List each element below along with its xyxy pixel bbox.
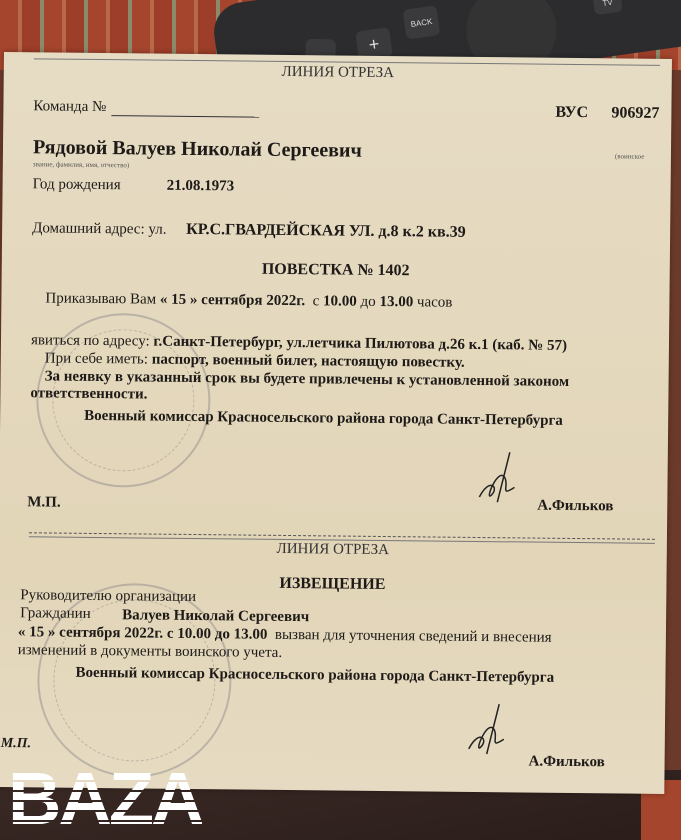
summons-paper: ЛИНИЯ ОТРЕЗА Команда № ВУС 906927 Рядово… — [0, 52, 672, 794]
vus-label: ВУС — [555, 104, 588, 122]
team-number-blank — [111, 115, 259, 118]
appear-address: г.Санкт-Петербург, ул.летчика Пилютова д… — [153, 334, 567, 354]
order-date: « 15 » сентября 2022г. — [160, 292, 305, 310]
appear-label: явиться по адресу: — [31, 332, 150, 349]
home-address: КР.С.ГВАРДЕЙСКАЯ УЛ. д.8 к.2 кв.39 — [186, 221, 466, 242]
notice-datetime: « 15 » сентября 2022г. с 10.00 до 13.00 — [18, 624, 268, 643]
time-from-label: с — [313, 293, 320, 309]
notice-recipient-label: Руководителю организации — [20, 587, 196, 606]
recipient-rank-name: Рядовой Валуев Николай Сергеевич — [33, 136, 362, 162]
side-caption: (воинское — [615, 152, 645, 160]
remote-tv-button: TV — [592, 0, 623, 15]
birth-label: Год рождения — [33, 176, 121, 194]
warning-line-2: ответственности. — [30, 385, 147, 403]
address-label: Домашний адрес: ул. — [32, 220, 167, 238]
baza-logo: BAZA — [8, 762, 202, 836]
rank-name-caption: звание, фамилия, имя, отчество) — [33, 160, 129, 169]
bring-label: При себе иметь: — [45, 350, 148, 367]
time-from: 10.00 — [323, 293, 357, 309]
team-label: Команда № — [33, 98, 106, 116]
bring-items: паспорт, военный билет, настоящую повест… — [152, 352, 465, 371]
seal-label: М.П. — [27, 494, 61, 511]
hours-label: часов — [417, 294, 453, 310]
order-prefix: Приказываю Вам — [45, 290, 156, 307]
notice-purpose-2: изменений в документы воинского учета. — [18, 642, 283, 662]
notice-citizen-label: Гражданин — [20, 605, 91, 623]
birth-date: 21.08.1973 — [167, 178, 235, 196]
notice-purpose-1: вызван для уточнения сведений и внесения — [275, 627, 552, 646]
notice-signatory-name: А.Фильков — [529, 754, 605, 772]
notice-seal-label: М.П. — [1, 736, 32, 752]
notice-citizen-name: Валуев Николай Сергеевич — [122, 607, 309, 626]
signatory-name: А.Фильков — [537, 498, 613, 516]
time-to-label: до — [361, 294, 376, 310]
time-to: 13.00 — [379, 294, 413, 310]
signature-icon — [469, 447, 530, 508]
summons-title: ПОВЕСТКА № 1402 — [2, 258, 670, 283]
vus-number: 906927 — [611, 104, 659, 123]
notice-signature-icon — [459, 699, 520, 760]
remote-back-button: BACK — [403, 5, 441, 39]
order-line: Приказываю Вам « 15 » сентября 2022г. с … — [45, 290, 452, 311]
